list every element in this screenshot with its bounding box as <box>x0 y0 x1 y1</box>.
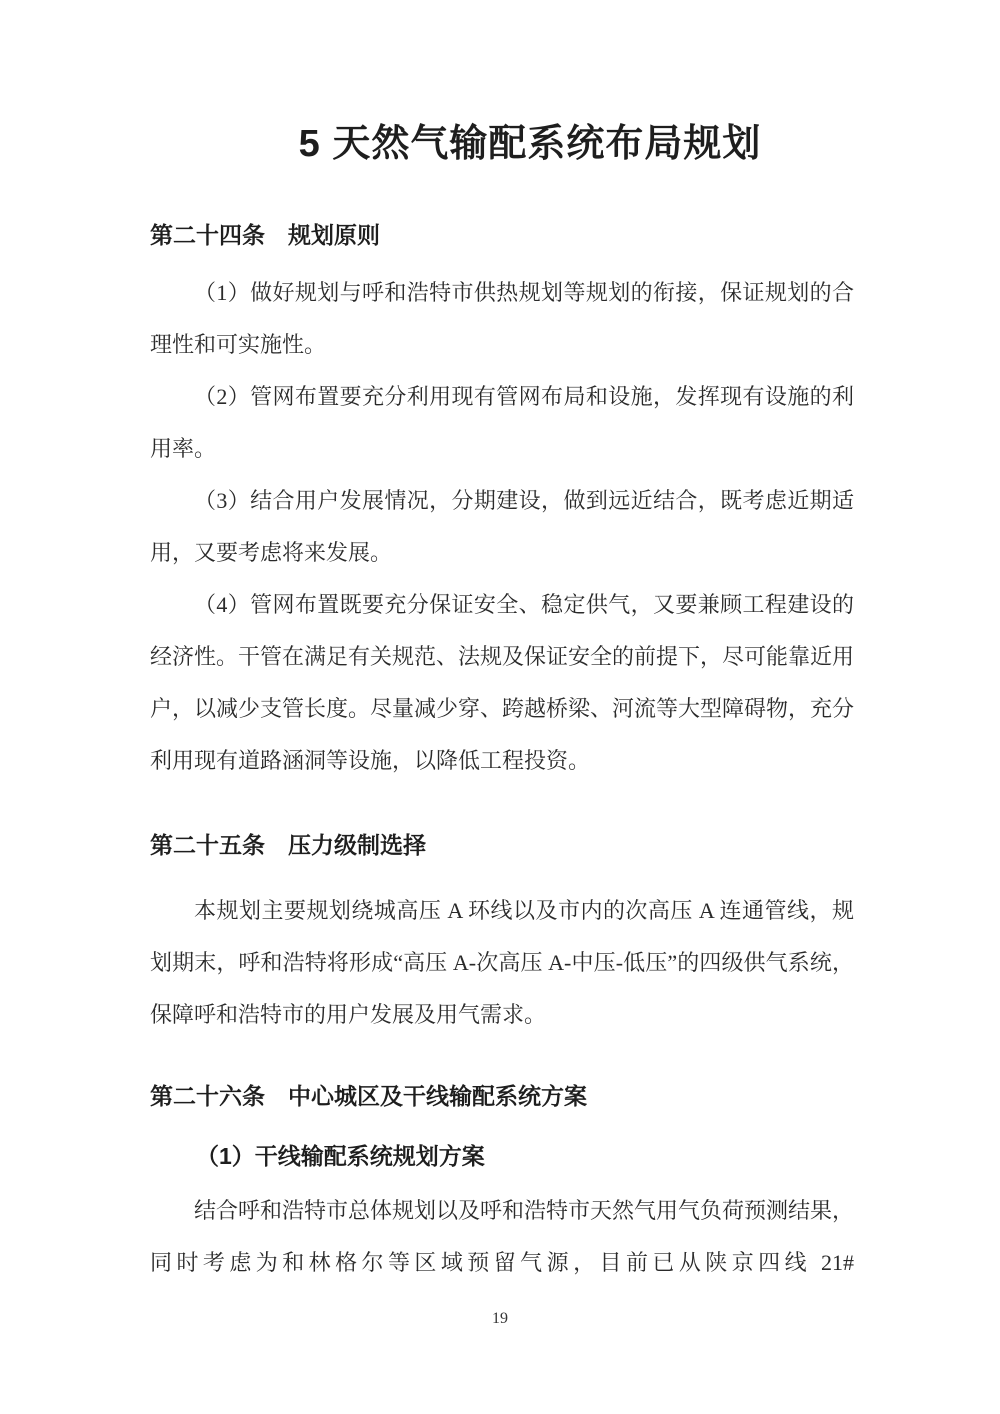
page-title: 5 天然气输配系统布局规划 <box>150 0 854 167</box>
section-heading: 第二十五条 压力级制选择 <box>150 827 854 863</box>
section-planning-principles: 第二十四条 规划原则 （1）做好规划与呼和浩特市供热规划等规划的衔接，保证规划的… <box>150 217 854 787</box>
paragraph: 结合呼和浩特市总体规划以及呼和浩特市天然气用气负荷预测结果，同时考虑为和林格尔等… <box>150 1185 854 1289</box>
document-page: 5 天然气输配系统布局规划 第二十四条 规划原则 （1）做好规划与呼和浩特市供热… <box>0 0 1000 1414</box>
paragraph: （3）结合用户发展情况，分期建设，做到远近结合，既考虑近期适用，又要考虑将来发展… <box>150 475 854 579</box>
section-paragraphs: 结合呼和浩特市总体规划以及呼和浩特市天然气用气负荷预测结果，同时考虑为和林格尔等… <box>150 1185 854 1289</box>
section-pressure-level-selection: 第二十五条 压力级制选择 本规划主要规划绕城高压 A 环线以及市内的次高压 A … <box>150 827 854 1041</box>
section-paragraphs: （1）做好规划与呼和浩特市供热规划等规划的衔接，保证规划的合理性和可实施性。 （… <box>150 267 854 787</box>
sub-heading: （1）干线输配系统规划方案 <box>150 1138 854 1174</box>
paragraph: （1）做好规划与呼和浩特市供热规划等规划的衔接，保证规划的合理性和可实施性。 <box>150 267 854 371</box>
section-central-city-trunk-scheme: 第二十六条 中心城区及干线输配系统方案 （1）干线输配系统规划方案 结合呼和浩特… <box>150 1078 854 1289</box>
section-paragraphs: 本规划主要规划绕城高压 A 环线以及市内的次高压 A 连通管线，规划期末，呼和浩… <box>150 885 854 1041</box>
page-number: 19 <box>0 1308 1000 1330</box>
paragraph: 本规划主要规划绕城高压 A 环线以及市内的次高压 A 连通管线，规划期末，呼和浩… <box>150 885 854 1041</box>
section-heading: 第二十四条 规划原则 <box>150 217 854 253</box>
paragraph: （2）管网布置要充分利用现有管网布局和设施，发挥现有设施的利用率。 <box>150 371 854 475</box>
section-heading: 第二十六条 中心城区及干线输配系统方案 <box>150 1078 854 1114</box>
paragraph: （4）管网布置既要充分保证安全、稳定供气，又要兼顾工程建设的经济性。干管在满足有… <box>150 579 854 787</box>
document-body: 5 天然气输配系统布局规划 第二十四条 规划原则 （1）做好规划与呼和浩特市供热… <box>150 0 854 1289</box>
